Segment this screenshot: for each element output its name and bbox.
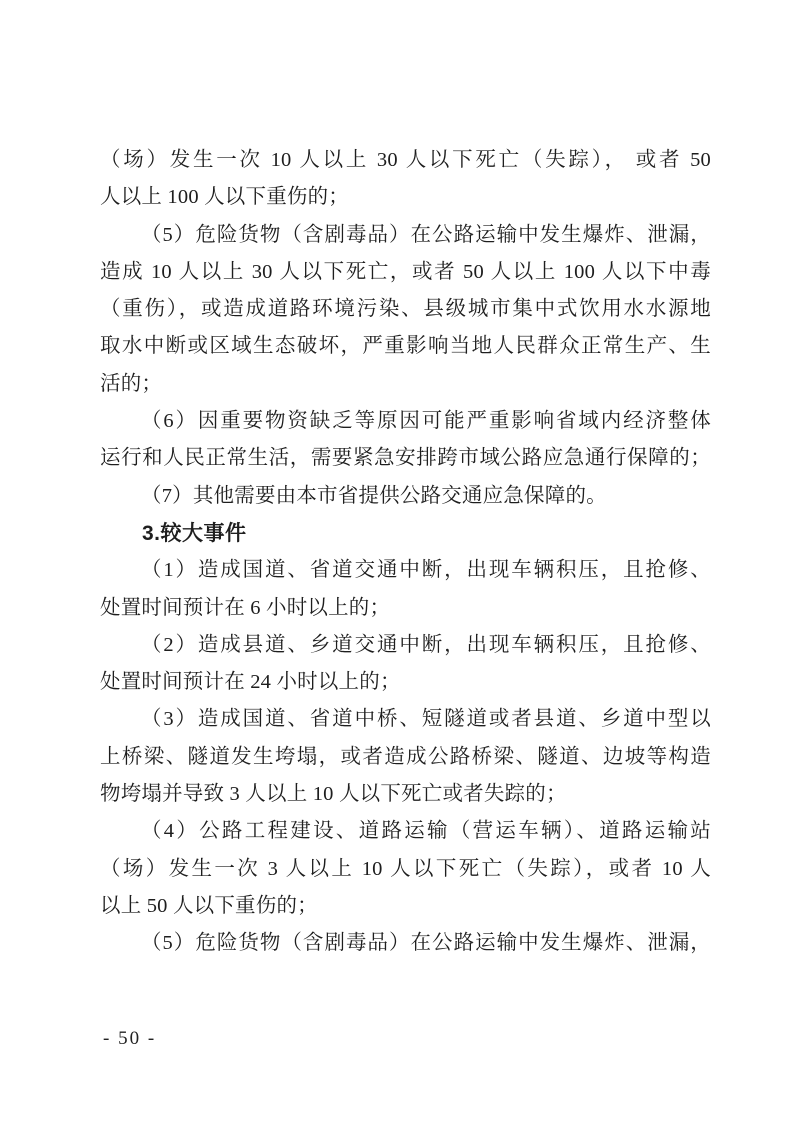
document-page-background: { "page": { "background_color": "#ffffff… (0, 0, 793, 1122)
document-page: （场）发生一次 10 人以上 30 人以下死亡（失踪）， 或者 50人以上 10… (0, 0, 793, 1122)
text-line: （6）因重要物资缺乏等原因可能严重影响省域内经济整体 (100, 403, 711, 440)
text-line: 取水中断或区域生态破坏，严重影响当地人民群众正常生产、生 (100, 328, 711, 365)
text-line: （场）发生一次 3 人以上 10 人以下死亡（失踪），或者 10 人 (100, 851, 711, 888)
text-line: （1）造成国道、省道交通中断，出现车辆积压，且抢修、 (100, 552, 711, 589)
document-paragraph: （4）公路工程建设、道路运输（营运车辆）、道路运输站（场）发生一次 3 人以上 … (100, 813, 711, 925)
page-number: - 50 - (103, 1028, 156, 1049)
text-line: 上桥梁、隧道发生垮塌，或者造成公路桥梁、隧道、边坡等构造 (100, 739, 711, 776)
text-line: （4）公路工程建设、道路运输（营运车辆）、道路运输站 (100, 813, 711, 850)
page-footer: - 50 - (103, 1028, 156, 1050)
text-line: 以上 50 人以下重伤的； (100, 888, 711, 925)
document-paragraph: （场）发生一次 10 人以上 30 人以下死亡（失踪）， 或者 50人以上 10… (100, 142, 711, 217)
text-line: 人以上 100 人以下重伤的； (100, 179, 711, 216)
text-line: 物垮塌并导致 3 人以上 10 人以下死亡或者失踪的； (100, 776, 711, 813)
document-paragraph: （1）造成国道、省道交通中断，出现车辆积压，且抢修、处置时间预计在 6 小时以上… (100, 552, 711, 627)
text-line: 处置时间预计在 24 小时以上的； (100, 664, 711, 701)
text-line: （7）其他需要由本市省提供公路交通应急保障的。 (100, 478, 711, 515)
text-line: （重伤），或造成道路环境污染、县级城市集中式饮用水水源地 (100, 291, 711, 328)
text-line: （5）危险货物（含剧毒品）在公路运输中发生爆炸、泄漏， (100, 925, 711, 962)
text-line: 运行和人民正常生活，需要紧急安排跨市域公路应急通行保障的； (100, 440, 711, 477)
text-line: （场）发生一次 10 人以上 30 人以下死亡（失踪）， 或者 50 (100, 142, 711, 179)
text-line: （5）危险货物（含剧毒品）在公路运输中发生爆炸、泄漏， (100, 217, 711, 254)
document-paragraph: （3）造成国道、省道中桥、短隧道或者县道、乡道中型以上桥梁、隧道发生垮塌，或者造… (100, 701, 711, 813)
text-line: 活的； (100, 366, 711, 403)
document-paragraph: （5）危险货物（含剧毒品）在公路运输中发生爆炸、泄漏， (100, 925, 711, 962)
text-line: 3.较大事件 (100, 515, 711, 552)
document-paragraph: （5）危险货物（含剧毒品）在公路运输中发生爆炸、泄漏，造成 10 人以上 30 … (100, 217, 711, 403)
text-line: （2）造成县道、乡道交通中断，出现车辆积压，且抢修、 (100, 627, 711, 664)
document-paragraph: （2）造成县道、乡道交通中断，出现车辆积压，且抢修、处置时间预计在 24 小时以… (100, 627, 711, 702)
text-line: 造成 10 人以上 30 人以下死亡，或者 50 人以上 100 人以下中毒 (100, 254, 711, 291)
document-body: （场）发生一次 10 人以上 30 人以下死亡（失踪）， 或者 50人以上 10… (100, 142, 711, 963)
text-line: 处置时间预计在 6 小时以上的； (100, 590, 711, 627)
text-line: （3）造成国道、省道中桥、短隧道或者县道、乡道中型以 (100, 701, 711, 738)
section-heading: 3.较大事件 (100, 515, 711, 552)
document-paragraph: （6）因重要物资缺乏等原因可能严重影响省域内经济整体运行和人民正常生活，需要紧急… (100, 403, 711, 478)
document-paragraph: （7）其他需要由本市省提供公路交通应急保障的。 (100, 478, 711, 515)
